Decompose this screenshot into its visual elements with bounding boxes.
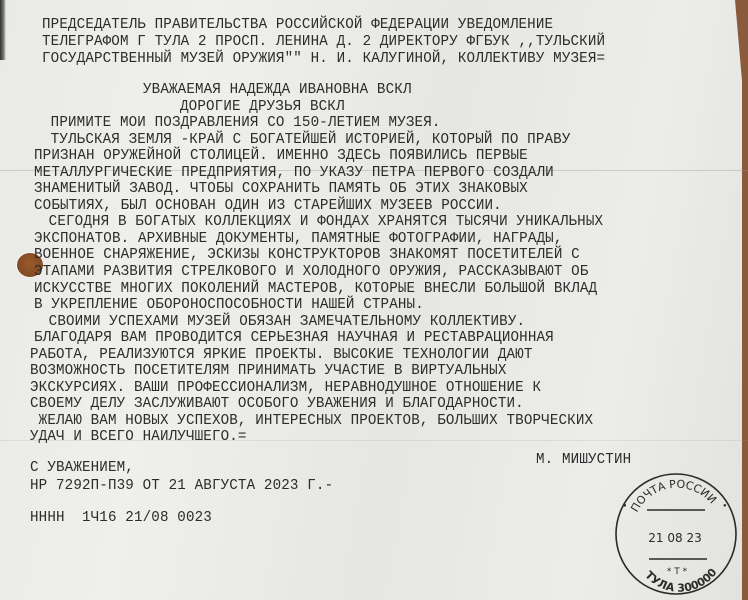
closing-text: С УВАЖЕНИЕМ, <box>30 460 134 477</box>
body-line: СОБЫТИЯХ, БЫЛ ОСНОВАН ОДИН ИЗ СТАРЕЙШИХ … <box>34 197 502 214</box>
header-line: ПРЕДСЕДАТЕЛЬ ПРАВИТЕЛЬСТВА РОССИЙСКОЙ ФЕ… <box>42 17 553 34</box>
service-line: НННН 1Ч16 21/08 0023 <box>30 510 212 527</box>
body-line: В УКРЕПЛЕНИЕ ОБОРОНОСПОСОБНОСТИ НАШЕЙ СТ… <box>34 297 424 314</box>
reference-number: НР 7292П-П39 ОТ 21 АВГУСТА 2023 Г.- <box>30 478 333 495</box>
body-line: ЖЕЛАЮ ВАМ НОВЫХ УСПЕХОВ, ИНТЕРЕСНЫХ ПРОЕ… <box>30 412 593 429</box>
body-line: ВОЗМОЖНОСТЬ ПОСЕТИТЕЛЯМ ПРИНИМАТЬ УЧАСТИ… <box>30 363 507 380</box>
body-line: МЕТАЛЛУРГИЧЕСКИЕ ПРЕДПРИЯТИЯ, ПО УКАЗУ П… <box>34 164 554 181</box>
body-line: СВОИМИ УСПЕХАМИ МУЗЕЙ ОБЯЗАН ЗАМЕЧАТЕЛЬН… <box>40 313 525 330</box>
body-line: ЗНАМЕНИТЫЙ ЗАВОД. ЧТОБЫ СОХРАНИТЬ ПАМЯТЬ… <box>34 181 528 198</box>
salutation-line: УВАЖАЕМАЯ НАДЕЖДА ИВАНОВНА ВСКЛ <box>143 82 412 99</box>
body-line: ЭКСПОНАТОВ. АРХИВНЫЕ ДОКУМЕНТЫ, ПАМЯТНЫЕ… <box>34 230 563 247</box>
body-line: РАБОТА, РЕАЛИЗУЮТСЯ ЯРКИЕ ПРОЕКТЫ. ВЫСОК… <box>30 346 533 363</box>
body-line: СВОЕМУ ДЕЛУ ЗАСЛУЖИВАЮТ ОСОБОГО УВАЖЕНИЯ… <box>30 396 524 413</box>
body-line: ЭТАПАМИ РАЗВИТИЯ СТРЕЛКОВОГО И ХОЛОДНОГО… <box>34 264 589 281</box>
svg-text:●: ● <box>623 503 627 509</box>
postmark-top-text: ПОЧТА РОССИИ <box>628 478 719 515</box>
body-line: ТУЛЬСКАЯ ЗЕМЛЯ -КРАЙ С БОГАТЕЙШЕЙ ИСТОРИ… <box>42 131 571 148</box>
postmark-mark: * Т * <box>667 567 688 577</box>
body-line: ПРИМИТЕ МОИ ПОЗДРАВЛЕНИЯ СО 150-ЛЕТИЕМ М… <box>42 115 441 132</box>
body-line: УДАЧ И ВСЕГО НАИЛУЧШЕГО.= <box>30 429 247 446</box>
header-line: ТЕЛЕГРАФОМ Г ТУЛА 2 ПРОСП. ЛЕНИНА Д. 2 Д… <box>42 34 605 51</box>
body-line: ИСКУССТВЕ МНОГИХ ПОКОЛЕНИЙ МАСТЕРОВ, КОТ… <box>34 280 597 297</box>
svg-text:●: ● <box>723 503 727 509</box>
postmark-date: 21 08 23 <box>648 531 701 545</box>
body-line: ВОЕННОЕ СНАРЯЖЕНИЕ, ЭСКИЗЫ КОНСТРУКТОРОВ… <box>34 247 580 264</box>
postmark-stamp: ПОЧТА РОССИИ ТУЛА 300000 ● ● 21 08 23 * … <box>613 471 739 597</box>
body-line: БЛАГОДАРЯ ВАМ ПРОВОДИТСЯ СЕРЬЕЗНАЯ НАУЧН… <box>34 330 554 347</box>
header-line: ГОСУДАРСТВЕННЫЙ МУЗЕЙ ОРУЖИЯ"" Н. И. КАЛ… <box>42 51 605 68</box>
salutation-line: ДОРОГИЕ ДРУЗЬЯ ВСКЛ <box>180 99 345 116</box>
paper-edge-shadow <box>0 0 6 60</box>
body-line: ЭКСКУРСИЯХ. ВАШИ ПРОФЕССИОНАЛИЗМ, НЕРАВН… <box>30 379 541 396</box>
body-line: СЕГОДНЯ В БОГАТЫХ КОЛЛЕКЦИЯХ И ФОНДАХ ХР… <box>40 214 603 231</box>
body-line: ПРИЗНАН ОРУЖЕЙНОЙ СТОЛИЦЕЙ. ИМЕННО ЗДЕСЬ… <box>34 148 528 165</box>
signature: М. МИШУСТИН <box>536 452 631 469</box>
svg-text:ПОЧТА РОССИИ: ПОЧТА РОССИИ <box>628 478 719 515</box>
